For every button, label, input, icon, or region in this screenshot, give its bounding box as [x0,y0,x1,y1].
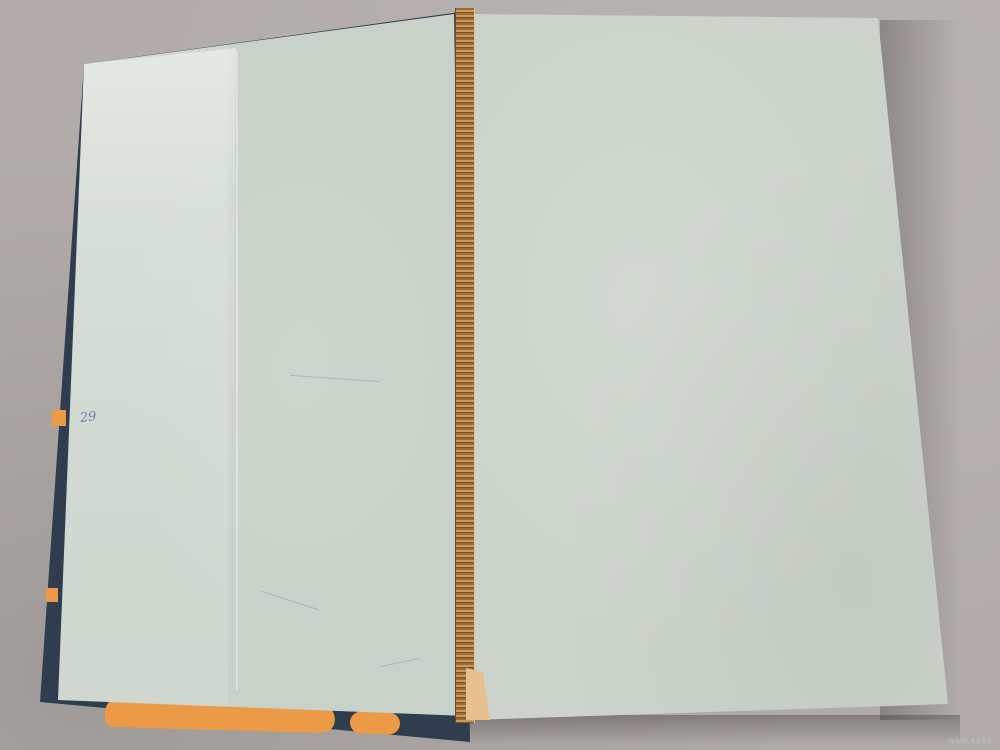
book-shadow-bottom [460,715,960,745]
watermark: www.ay.by [948,736,992,745]
free-endpaper-page [470,14,950,724]
cover-orange-pattern [46,588,58,602]
protective-plastic-film [60,48,236,708]
book-hinge-spine [455,8,475,723]
cover-orange-pattern [52,410,66,426]
handwritten-mark: 29 [79,409,97,426]
film-edge [236,50,238,690]
cover-orange-pattern [350,711,401,735]
